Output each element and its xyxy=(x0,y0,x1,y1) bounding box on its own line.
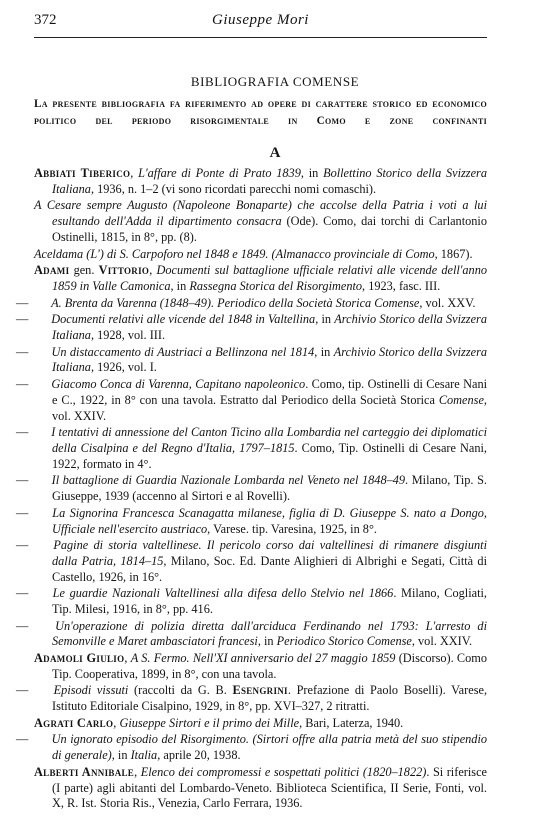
bib-entry: — Documenti relativi alle vicende del 18… xyxy=(34,312,487,344)
entry-title: Documenti relativi alle vicende del 1848… xyxy=(51,312,315,326)
entry-author: Agrati Carlo xyxy=(34,716,113,730)
bib-entry: — A. Brenta da Varenna (1848–49). Period… xyxy=(34,296,487,312)
page-header: 372 Giuseppe Mori xyxy=(34,10,487,36)
entry-journal: Rassegna Storica del Risorgimento xyxy=(189,279,362,293)
entry-title: A S. Fermo. Nell'XI anniversario del 27 … xyxy=(131,651,396,665)
bib-entry: Alberti Annibale, Elenco dei compromessi… xyxy=(34,765,487,812)
bib-entry: Agrati Carlo, Giuseppe Sirtori e il prim… xyxy=(34,716,487,732)
bib-entry: A Cesare sempre Augusto (Napoleone Bonap… xyxy=(34,198,487,245)
entry-details: , vol. XXV. xyxy=(419,296,475,310)
ditto-dash: — xyxy=(34,425,48,441)
intro-paragraph: La presente bibliografia fa riferimento … xyxy=(34,96,487,130)
entry-author: Esengrini xyxy=(232,683,287,697)
bib-entry: — Pagine di storia valtellinese. Il peri… xyxy=(34,538,487,585)
entry-details: , in xyxy=(112,748,131,762)
entry-details: , in xyxy=(314,345,334,359)
bib-entry: — La Signorina Francesca Scanagatta mila… xyxy=(34,506,487,538)
entry-details: , Bari, Laterza, 1940. xyxy=(299,716,403,730)
entry-author: Alberti Annibale xyxy=(34,765,134,779)
ditto-dash: — xyxy=(34,683,48,699)
entry-title: L'affare di Ponte di Prato 1839 xyxy=(138,166,301,180)
entry-author: Abbiati Tiberico xyxy=(34,166,130,180)
entry-details: , 1936, n. 1–2 (vi sono ricordati parecc… xyxy=(91,182,376,196)
entry-details: , 1928, vol. III. xyxy=(91,328,165,342)
ditto-dash: — xyxy=(34,538,48,554)
entry-author: Adamoli Giulio xyxy=(34,651,124,665)
entry-author: Adami xyxy=(34,263,69,277)
entry-journal: Italia xyxy=(131,748,158,762)
entry-details: , in xyxy=(258,634,277,648)
header-rule xyxy=(34,37,487,38)
entry-journal: Comense xyxy=(439,393,484,407)
entry-details: , Varese. tip. Varesina, 1925, in 8°. xyxy=(207,522,377,536)
entry-title: Elenco dei compromessi e sospettati poli… xyxy=(141,765,427,779)
ditto-dash: — xyxy=(34,312,48,328)
entry-title: Un distaccamento di Austriaci a Bellinzo… xyxy=(51,345,314,359)
entry-title: Le guardie Nazionali Valtellinesi alla d… xyxy=(53,586,394,600)
ditto-dash: — xyxy=(34,296,48,312)
entry-author-rank: gen. xyxy=(69,263,98,277)
entry-title: Episodi vissuti xyxy=(54,683,129,697)
entry-details: , aprile 20, 1938. xyxy=(157,748,240,762)
intro-text: La presente bibliografia fa riferimento … xyxy=(34,98,487,127)
entry-details: 1867). xyxy=(438,247,473,261)
entry-title: Giuseppe Sirtori e il primo dei Mille xyxy=(119,716,299,730)
entry-details: , in xyxy=(301,166,323,180)
ditto-dash: — xyxy=(34,619,48,635)
ditto-dash: — xyxy=(34,345,48,361)
book-page: 372 Giuseppe Mori BIBLIOGRAFIA COMENSE L… xyxy=(0,0,550,829)
entry-details: , 1926, vol. I. xyxy=(91,360,157,374)
bib-entry: — Un'operazione di polizia diretta dall'… xyxy=(34,619,487,651)
ditto-dash: — xyxy=(34,377,48,393)
entry-details: , 1923, fasc. III. xyxy=(362,279,440,293)
section-title: BIBLIOGRAFIA COMENSE xyxy=(0,74,550,90)
entry-details: (raccolti da G. B. xyxy=(128,683,232,697)
entry-title: Aceldama (L') di S. Carpoforo nel 1848 e… xyxy=(34,247,438,261)
ditto-dash: — xyxy=(34,506,48,522)
ditto-dash: — xyxy=(34,473,48,489)
entry-author: Vittorio xyxy=(99,263,150,277)
bib-entry: Aceldama (L') di S. Carpoforo nel 1848 e… xyxy=(34,247,487,263)
bib-entry: — Un ignorato episodio del Risorgimento.… xyxy=(34,732,487,764)
ditto-dash: — xyxy=(34,586,48,602)
bib-entry: — Un distaccamento di Austriaci a Bellin… xyxy=(34,345,487,377)
entry-title: Giacomo Conca di Varenna, Capitano napol… xyxy=(51,377,305,391)
bibliography-list: Abbiati Tiberico, L'affare di Ponte di P… xyxy=(34,166,487,813)
bib-entry: — Episodi vissuti (raccolti da G. B. Ese… xyxy=(34,683,487,715)
bib-entry: Abbiati Tiberico, L'affare di Ponte di P… xyxy=(34,166,487,198)
entry-details: , in xyxy=(171,279,190,293)
section-letter: A xyxy=(0,145,550,162)
entry-title: A. Brenta da Varenna (1848–49). Periodic… xyxy=(51,296,419,310)
ditto-dash: — xyxy=(34,732,48,748)
bib-entry: — Il battaglione di Guardia Nazionale Lo… xyxy=(34,473,487,505)
entry-journal: Periodico Storico Comense xyxy=(277,634,412,648)
entry-title: Il battaglione di Guardia Nazionale Lomb… xyxy=(52,473,405,487)
bib-entry: — Le guardie Nazionali Valtellinesi alla… xyxy=(34,586,487,618)
entry-details: , vol. XXIV. xyxy=(412,634,472,648)
bib-entry: — Giacomo Conca di Varenna, Capitano nap… xyxy=(34,377,487,424)
running-head: Giuseppe Mori xyxy=(34,12,487,29)
bib-entry: Adami gen. Vittorio, Documenti sul batta… xyxy=(34,263,487,295)
bib-entry: Adamoli Giulio, A S. Fermo. Nell'XI anni… xyxy=(34,651,487,683)
entry-details: , in xyxy=(315,312,334,326)
bib-entry: — I tentativi di annessione del Canton T… xyxy=(34,425,487,472)
